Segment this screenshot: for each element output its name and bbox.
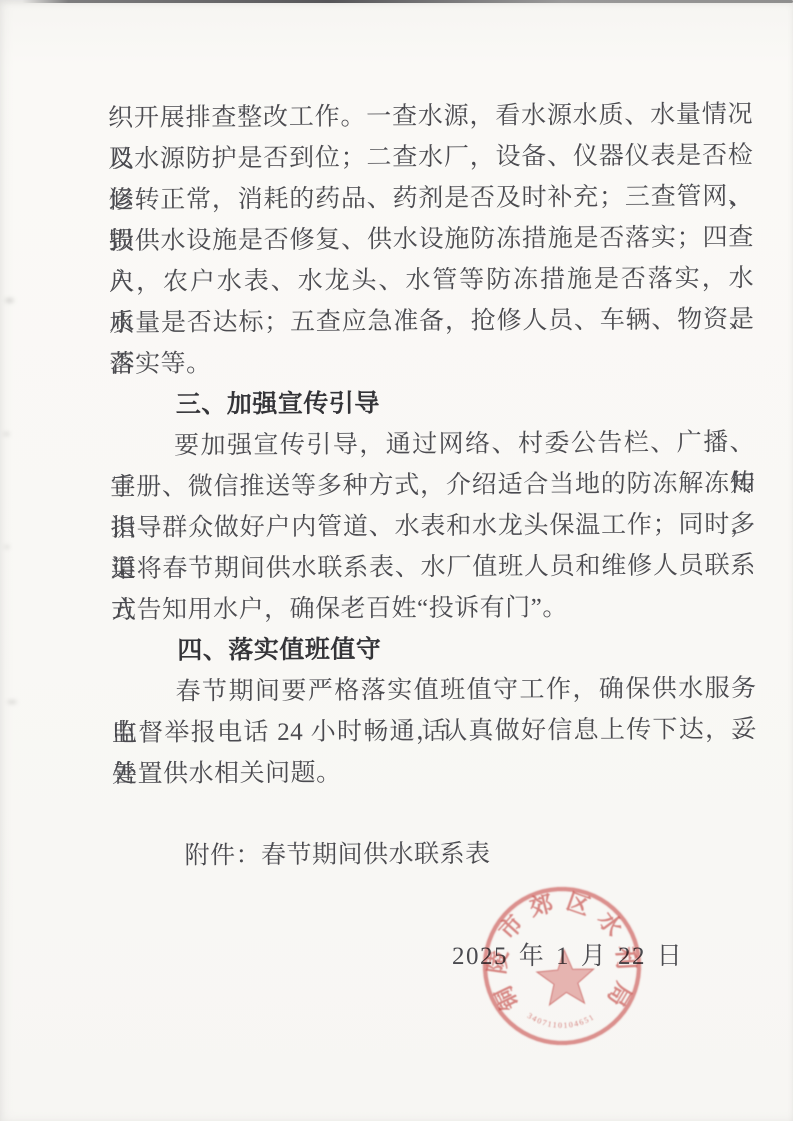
svg-text:铜陵市郊区水利局: 铜陵市郊区水利局: [480, 884, 642, 1026]
section-heading: 三、加强宣传引导: [110, 381, 755, 426]
document-line: 道将春节期间供水联系表、水厂值班人员和维修人员联系方: [111, 545, 756, 590]
document-page: 织开展排查整改工作。一查水源，看水源水质、水量情况以及水源防护是否到位；二查水厂…: [0, 0, 793, 1121]
official-seal: 铜陵市郊区水利局 3407110104651: [446, 850, 677, 1081]
document-line: 水量是否达标；五查应急准备，抢修人员、车辆、物资是否: [109, 299, 754, 344]
document-line: 运转正常，消耗的药品、药剂是否及时补充；三查管网，损: [109, 176, 754, 221]
document-line: 要加强宣传引导，通过网络、村委公告栏、广播、宣传: [110, 422, 755, 467]
scan-smudge: [7, 700, 17, 704]
document-line: 织开展排查整改工作。一查水源，看水源水质、水量情况以: [108, 94, 753, 139]
document-body: 织开展排查整改工作。一查水源，看水源水质、水量情况以及水源防护是否到位；二查水厂…: [108, 94, 758, 877]
scan-smudge: [5, 298, 14, 303]
scan-smudge: [4, 545, 10, 549]
document-line: 指导群众做好户内管道、水表和水龙头保温工作；同时多渠: [111, 504, 756, 549]
seal-serial-number: 3407110104651: [525, 1008, 597, 1032]
document-line: 春节期间要严格落实值班值守工作，确保供水服务电话、: [112, 668, 757, 713]
scan-edge-artifact: [22, 0, 793, 3]
document-line: [112, 791, 757, 836]
section-heading: 四、落实值班值守: [111, 627, 756, 672]
seal-ring-text: 铜陵市郊区水利局: [480, 884, 642, 1026]
star-icon: [536, 948, 596, 1005]
document-line: 手册、微信推送等多种方式，介绍适合当地的防冻解冻知识，: [110, 463, 755, 508]
document-line: 落实等。: [110, 340, 755, 385]
document-line: 式告知用水户，确保老百姓“投诉有门”。: [111, 586, 756, 631]
document-line: 监督举报电话 24 小时畅通，认真做好信息上传下达，妥善: [112, 709, 757, 754]
scan-smudge: [3, 432, 10, 436]
svg-text:3407110104651: 3407110104651: [525, 1008, 597, 1032]
document-line: 及水源防护是否到位；二查水厂，设备、仪器仪表是否检修、: [108, 135, 753, 180]
document-line: 毁供水设施是否修复、供水设施防冻措施是否落实；四查入: [109, 217, 754, 262]
document-line: 户，农户水表、水龙头、水管等防冻措施是否落实，水质、: [109, 258, 754, 303]
document-line: 处置供水相关问题。: [112, 750, 757, 795]
